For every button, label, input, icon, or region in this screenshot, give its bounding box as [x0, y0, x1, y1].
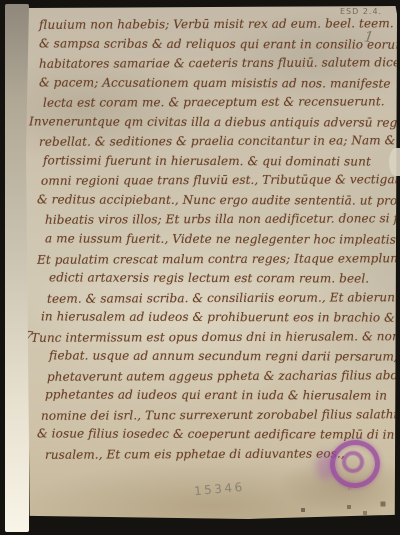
manuscript-line: pphetantes ad iudeos qui erant in iuda &… — [45, 386, 395, 407]
manuscript-line: phetaverunt autem aggeus ppheta & zachar… — [47, 366, 395, 387]
manuscript-line: Tunc intermissum est opus domus dni in h… — [31, 327, 395, 348]
manuscript-line: Inveneruntque qm civitas illa a diebus a… — [29, 112, 395, 133]
page-edge-notch — [389, 148, 400, 176]
adjacent-page-edge — [5, 4, 29, 532]
manuscript-line: nomine dei isrl., Tunc surrexerunt zorob… — [41, 405, 395, 426]
manuscript-page: fluuium non habebis; Verbū misit rex ad … — [26, 6, 397, 521]
manuscript-line: hibeatis viros illos; Et urbs illa non a… — [45, 210, 395, 231]
manuscript-photo: fluuium non habebis; Verbū misit rex ad … — [0, 0, 400, 535]
manuscript-line: fluuium non habebis; Verbū misit rex ad … — [39, 14, 395, 35]
manuscript-line: & pacem; Accusationem quam misistis ad n… — [39, 73, 395, 94]
manuscript-line: in hierusalem ad iudeos & prohibuerunt e… — [41, 308, 395, 329]
manuscript-text: fluuium non habebis; Verbū misit rex ad … — [33, 15, 395, 465]
stamp-inner-ring — [342, 451, 364, 473]
manuscript-line: lecta est coram me. & praeceptum est & r… — [43, 92, 395, 113]
manuscript-line: & sampsa scribas & ad reliquos qui erant… — [39, 34, 395, 55]
catalog-number: 15346 — [193, 480, 245, 498]
manuscript-line: & reditus accipiebant., Nunc ergo audite… — [37, 190, 395, 211]
manuscript-line: omni regioni quae trans fluviū est., Tri… — [41, 171, 395, 192]
manuscript-line: fiebat. usque ad annum secundum regni da… — [49, 347, 395, 368]
manuscript-line: rebellat. & seditiones & praelia concita… — [39, 132, 395, 153]
ink-specks — [26, 6, 28, 8]
manuscript-line: edicti artaxersis regis lectum est coram… — [49, 269, 395, 290]
manuscript-line: a me iussum fuerit., Videte ne neglegent… — [45, 229, 395, 250]
manuscript-line: teem. & samsai scriba. & consiliariis eo… — [47, 288, 395, 309]
manuscript-line: habitatores samariae & caeteris trans fl… — [39, 53, 395, 74]
library-stamp-icon — [320, 438, 382, 492]
manuscript-line: Et paulatim crescat malum contra reges; … — [37, 249, 395, 270]
manuscript-line: fortissimi fuerunt in hierusalem. & qui … — [43, 151, 395, 172]
shelfmark-inscription: ESD 2.4. — [340, 7, 382, 16]
